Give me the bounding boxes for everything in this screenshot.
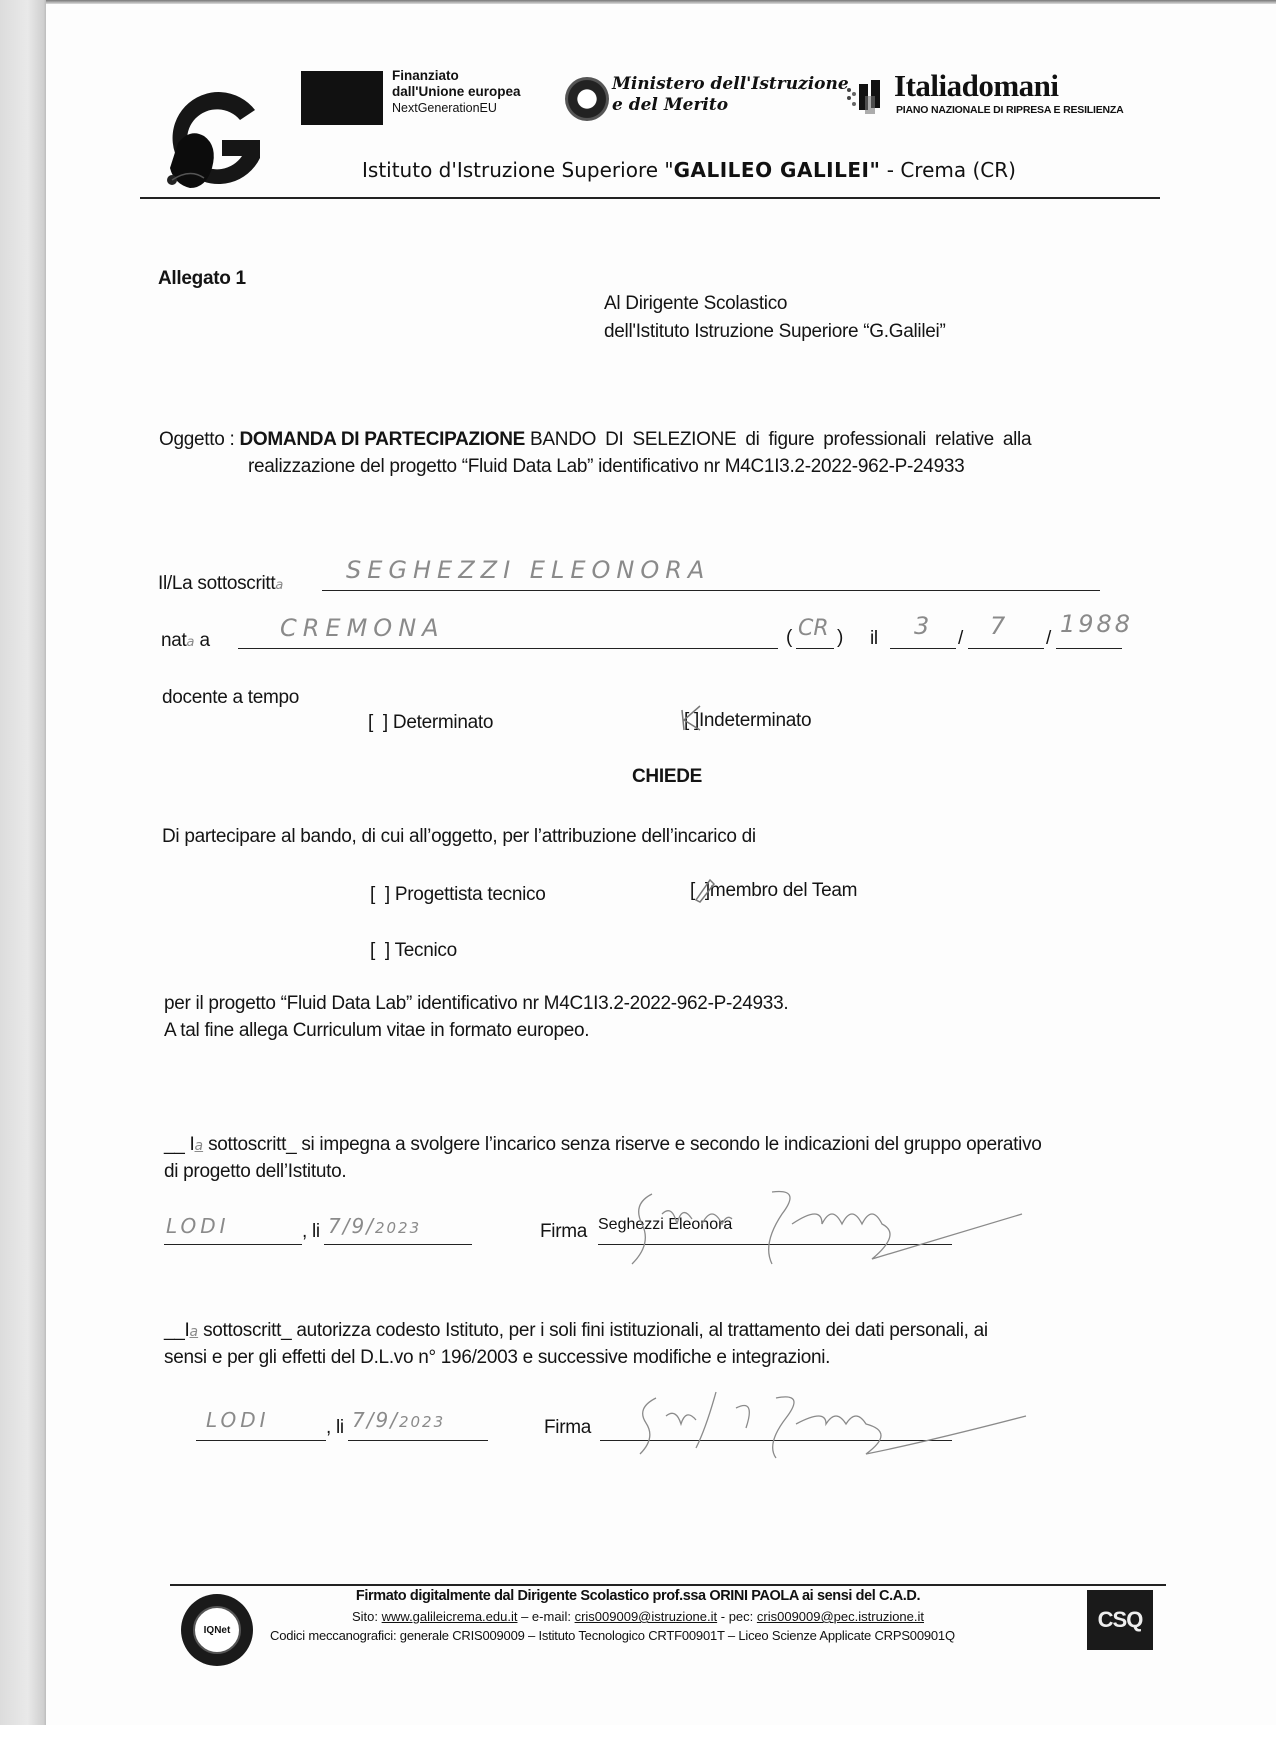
privacy-signature-label: Firma	[544, 1417, 591, 1439]
contact-line: Sito: www.galileicrema.edu.it – e-mail: …	[0, 1609, 1276, 1624]
born-label: nat	[161, 630, 187, 651]
school-prefix: Istituto d'Istruzione Superiore "	[362, 158, 674, 182]
school-name-line: Istituto d'Istruzione Superiore "GALILEO…	[362, 158, 1016, 182]
subject-title: DOMANDA DI PARTECIPAZIONE	[239, 429, 525, 450]
date-slash: /	[1046, 628, 1051, 650]
employment-option-indeterminato[interactable]: [ ]Indeterminato	[684, 710, 811, 732]
province-close-paren: )	[837, 627, 843, 649]
date-year: 2023	[375, 1219, 421, 1237]
role-option-tecnico[interactable]: [ ] Tecnico	[370, 940, 457, 962]
subject-label: Oggetto	[159, 429, 225, 450]
commitment-line1: __ Ia sottoscritt_ si impegna a svolgere…	[164, 1134, 1042, 1156]
commitment-date-value: 7/9/2023	[328, 1214, 421, 1238]
commitment-line2: di progetto dell’Istituto.	[164, 1161, 346, 1183]
born-suffix-handwritten: a	[187, 635, 195, 650]
birth-month-value: 7	[990, 612, 1011, 640]
privacy-place-value: LODI	[206, 1408, 270, 1432]
commitment-signature-field[interactable]: Seghezzi Eleonora	[598, 1216, 952, 1245]
header-divider	[140, 197, 1160, 199]
employment-option-determinato[interactable]: [ ] Determinato	[368, 712, 493, 734]
date-month: 9	[375, 1408, 390, 1432]
checkbox-unchecked[interactable]: [ ]	[370, 884, 390, 906]
applicant-name-field[interactable]: SEGHEZZI ELEONORA	[322, 560, 1100, 591]
subject-separator: :	[230, 429, 235, 450]
role-option-team-member[interactable]: [ ]membro del Team	[690, 880, 857, 902]
birth-month-field[interactable]: 7	[968, 622, 1044, 649]
province-field[interactable]: CR	[796, 622, 834, 649]
privacy-date-field[interactable]: 7/9/2023	[348, 1412, 488, 1441]
commitment-date-field[interactable]: 7/9/2023	[324, 1216, 472, 1245]
commitment-text: sottoscritt_ si impegna a svolgere l’inc…	[203, 1134, 1041, 1155]
commitment-place-value: LODI	[166, 1214, 230, 1238]
birth-year-value: 1988	[1060, 610, 1133, 638]
commitment-signature-label: Firma	[540, 1221, 587, 1243]
eu-flag-icon	[301, 71, 383, 125]
iqnet-certification-icon: IQNet	[181, 1594, 253, 1666]
handwritten-check-icon	[690, 876, 718, 906]
birth-year-field[interactable]: 1988	[1056, 622, 1122, 649]
cv-line: A tal fine allega Curriculum vitae in fo…	[164, 1020, 589, 1042]
ministry-line2: e del Merito	[612, 95, 849, 116]
school-location: - Crema (CR)	[880, 158, 1016, 182]
footer-divider	[170, 1584, 1166, 1586]
recipient-line1: Al Dirigente Scolastico	[604, 290, 945, 318]
email-label: – e-mail:	[521, 1609, 571, 1624]
italiadomani-subtitle: PIANO NAZIONALE DI RIPRESA E RESILIENZA	[896, 104, 1124, 116]
birthplace-field[interactable]: CREMONA	[238, 620, 778, 649]
commitment-gender-suffix: a	[195, 1138, 204, 1154]
italian-emblem-icon	[565, 77, 609, 121]
province-open-paren: (	[786, 627, 792, 649]
subject-line1: Oggetto : DOMANDA DI PARTECIPAZIONE BAND…	[159, 429, 1165, 451]
project-line: per il progetto “Fluid Data Lab” identif…	[164, 993, 788, 1015]
born-label-row: nata a	[161, 630, 210, 652]
ministry-name: Ministero dell'Istruzione e del Merito	[612, 74, 849, 116]
checkbox-checked[interactable]: [ ]	[690, 880, 710, 902]
ministry-line1: Ministero dell'Istruzione	[612, 74, 849, 95]
privacy-date-value: 7/9/2023	[352, 1408, 445, 1432]
pec-link[interactable]: cris009009@pec.istruzione.it	[757, 1609, 924, 1624]
option-label: Indeterminato	[699, 710, 811, 731]
date-month: 9	[351, 1214, 366, 1238]
school-name: GALILEO GALILEI"	[674, 158, 881, 182]
privacy-line1: __Ia sottoscritt_ autorizza codesto Isti…	[164, 1320, 988, 1342]
pec-label: - pec:	[721, 1609, 754, 1624]
privacy-text: sottoscritt_ autorizza codesto Istituto,…	[198, 1320, 988, 1341]
gender-suffix-handwritten: a	[275, 578, 283, 593]
birth-day-field[interactable]: 3	[890, 622, 956, 649]
commitment-date-label: , li	[302, 1221, 320, 1243]
commitment-place-field[interactable]: LODI	[164, 1216, 302, 1245]
email-link[interactable]: cris009009@istruzione.it	[575, 1609, 718, 1624]
site-label: Sito:	[352, 1609, 378, 1624]
scan-margin	[0, 0, 46, 1725]
commitment-prefix: __ I	[164, 1134, 195, 1155]
eu-funding-line1: Finanziato	[392, 68, 520, 84]
handwritten-check-icon	[678, 704, 704, 734]
province-value: CR	[798, 616, 829, 641]
employment-label: docente a tempo	[162, 687, 299, 709]
italiadomani-mark-icon	[845, 76, 885, 116]
born-at-label: a	[199, 630, 209, 651]
school-codes: Codici meccanografici: generale CRIS0090…	[270, 1628, 955, 1643]
handwritten-signature-icon	[622, 1184, 1052, 1274]
date-day: 7	[352, 1408, 367, 1432]
birthplace-value: CREMONA	[280, 614, 445, 642]
option-label: Determinato	[393, 712, 493, 733]
privacy-date-label: , li	[326, 1417, 344, 1439]
option-label: Tecnico	[395, 940, 457, 961]
subject-line2: realizzazione del progetto “Fluid Data L…	[248, 456, 964, 478]
eu-funding-text: Finanziato dall'Unione europea NextGener…	[392, 68, 520, 116]
privacy-signature-field[interactable]	[600, 1412, 952, 1441]
applicant-name-value: SEGHEZZI ELEONORA	[346, 556, 710, 584]
handwritten-signature-icon	[626, 1388, 1056, 1468]
checkbox-checked[interactable]: [ ]	[684, 710, 699, 732]
subject-description: BANDO DI SELEZIONE di figure professiona…	[530, 429, 1031, 450]
request-heading: CHIEDE	[632, 766, 702, 788]
checkbox-unchecked[interactable]: [ ]	[368, 712, 388, 734]
date-slash: /	[958, 628, 963, 650]
digital-signature-notice: Firmato digitalmente dal Dirigente Scola…	[0, 1588, 1276, 1604]
request-text: Di partecipare al bando, di cui all’ogge…	[162, 826, 756, 848]
date-day: 7	[328, 1214, 343, 1238]
privacy-prefix: __I	[164, 1320, 190, 1341]
eu-funding-line2: dall'Unione europea	[392, 84, 520, 100]
checkbox-unchecked[interactable]: [ ]	[370, 940, 390, 962]
italiadomani-title: Italiadomani	[894, 68, 1059, 104]
applicant-name-row: Il/La sottoscritta	[158, 573, 283, 595]
attachment-label: Allegato 1	[158, 268, 246, 290]
privacy-gender-suffix: a	[190, 1324, 199, 1340]
birth-date-label: il	[870, 628, 878, 650]
eu-funding-line3: NextGenerationEU	[392, 100, 520, 116]
applicant-label: Il/La sottoscritt	[158, 573, 275, 594]
birth-day-value: 3	[914, 612, 935, 640]
date-year: 2023	[399, 1413, 445, 1431]
option-label: membro del Team	[710, 880, 857, 901]
recipient-line2: dell'Istituto Istruzione Superiore “G.Ga…	[604, 318, 945, 346]
privacy-place-field[interactable]: LODI	[196, 1412, 326, 1441]
role-option-progettista[interactable]: [ ] Progettista tecnico	[370, 884, 546, 906]
school-g-logo-icon	[160, 88, 272, 198]
site-link[interactable]: www.galileicrema.edu.it	[382, 1609, 518, 1624]
recipient-block: Al Dirigente Scolastico dell'Istituto Is…	[604, 290, 945, 346]
option-label: Progettista tecnico	[395, 884, 546, 905]
privacy-line2: sensi e per gli effetti del D.L.vo n° 19…	[164, 1347, 830, 1369]
